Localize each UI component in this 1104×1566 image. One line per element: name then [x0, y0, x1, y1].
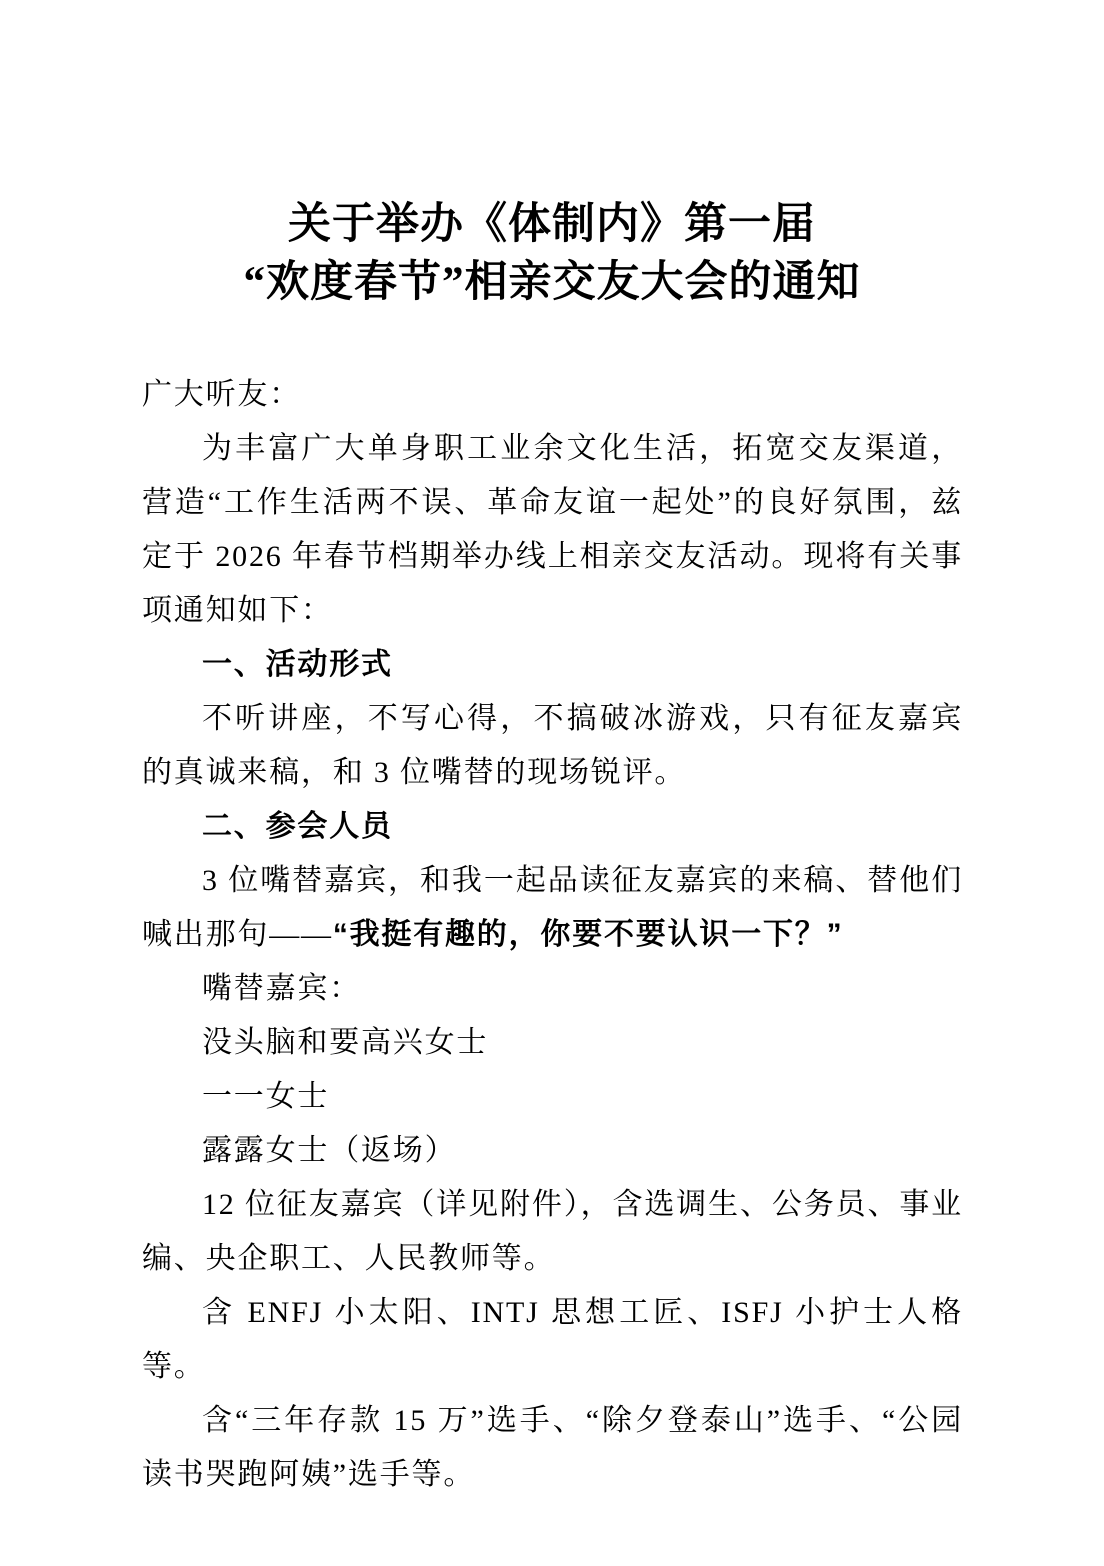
personalities-paragraph: 含 ENFJ 小太阳、INTJ 思想工匠、ISFJ 小护士人格等。 [142, 1286, 963, 1394]
section-1-paragraph: 不听讲座，不写心得，不搞破冰游戏，只有征友嘉宾的真诚来稿，和 3 位嘴替的现场锐… [142, 692, 963, 800]
section-2-hosts-paragraph: 3 位嘴替嘉宾，和我一起品读征友嘉宾的来稿、替他们喊出那句——“我挺有趣的，你要… [142, 854, 963, 962]
mouthpiece-guest-1: 没头脑和要高兴女士 [142, 1016, 963, 1070]
mouthpiece-label: 嘴替嘉宾： [142, 962, 963, 1016]
document-body: 广大听友： 为丰富广大单身职工业余文化生活，拓宽交友渠道，营造“工作生活两不误、… [142, 368, 963, 1502]
document-title-line-2: “欢度春节”相亲交友大会的通知 [244, 259, 861, 306]
section-2-heading: 二、参会人员 [142, 800, 963, 854]
salutation: 广大听友： [142, 368, 963, 422]
intro-paragraph: 为丰富广大单身职工业余文化生活，拓宽交友渠道，营造“工作生活两不误、革命友谊一起… [142, 422, 963, 638]
mouthpiece-guest-2: 一一女士 [142, 1070, 963, 1124]
hosts-quote-text: “我挺有趣的，你要不要认识一下？” [333, 918, 844, 951]
participants-paragraph: 12 位征友嘉宾（详见附件），含选调生、公务员、事业编、央企职工、人民教师等。 [142, 1178, 963, 1286]
document-title-line-1: 关于举办《体制内》第一届 [288, 201, 816, 248]
document-title: 关于举办《体制内》第一届 “欢度春节”相亲交友大会的通知 [0, 0, 1104, 312]
mouthpiece-guest-3: 露露女士（返场） [142, 1124, 963, 1178]
contestants-paragraph: 含“三年存款 15 万”选手、“除夕登泰山”选手、“公园读书哭跑阿姨”选手等。 [142, 1394, 963, 1502]
document-page: 关于举办《体制内》第一届 “欢度春节”相亲交友大会的通知 广大听友： 为丰富广大… [0, 0, 1104, 1566]
section-1-heading: 一、活动形式 [142, 638, 963, 692]
